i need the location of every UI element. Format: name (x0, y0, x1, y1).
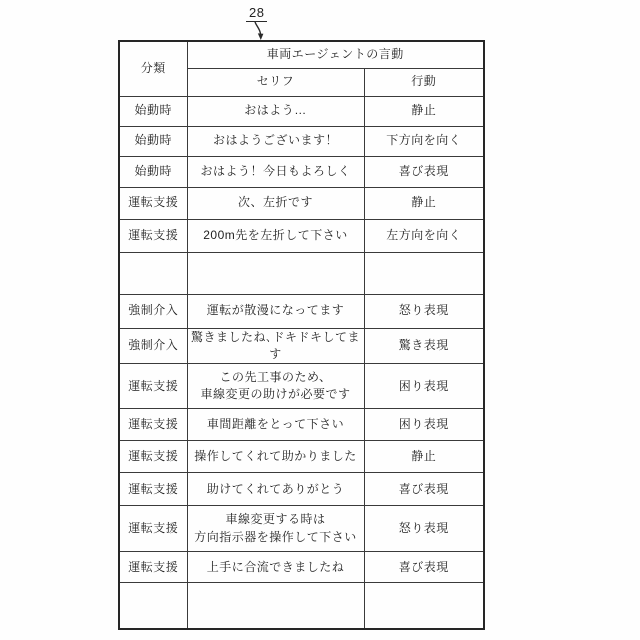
cell-serif: おはよう！今日もよろしく (187, 156, 364, 187)
cell-action: 下方向を向く (364, 126, 484, 156)
figure-number: 28 (246, 5, 267, 22)
cell-action: 左方向を向く (364, 219, 484, 252)
figure-number-label: 28 (246, 4, 267, 22)
table-row-empty (119, 252, 484, 294)
cell-action: 困り表現 (364, 409, 484, 441)
table-row: 運転支援 助けてくれてありがとう 喜び表現 (119, 473, 484, 506)
cell-serif: おはようございます！ (187, 126, 364, 156)
header-category: 分類 (119, 41, 187, 96)
cell-action: 困り表現 (364, 364, 484, 409)
table-row: 運転支援 上手に合流できましたね 喜び表現 (119, 552, 484, 583)
figure-pointer-arrow-icon (251, 21, 269, 41)
cell-category: 始動時 (119, 156, 187, 187)
cell-serif: 操作してくれて助かりました (187, 441, 364, 473)
cell-action: 怒り表現 (364, 294, 484, 328)
cell-category: 始動時 (119, 126, 187, 156)
cell-category: 強制介入 (119, 294, 187, 328)
header-action: 行動 (364, 68, 484, 96)
table-row: 運転支援 車間距離をとって下さい 困り表現 (119, 409, 484, 441)
cell-action: 静止 (364, 441, 484, 473)
cell-serif: 車間距離をとって下さい (187, 409, 364, 441)
table-row: 強制介入 驚きましたね､ドキドキしてます 驚き表現 (119, 328, 484, 364)
cell-action: 喜び表現 (364, 156, 484, 187)
cell-action: 静止 (364, 187, 484, 219)
cell-serif: おはよう… (187, 96, 364, 126)
cell-category: 運転支援 (119, 552, 187, 583)
cell-category: 運転支援 (119, 409, 187, 441)
table-row: 運転支援 車線変更する時は 方向指示器を操作して下さい 怒り表現 (119, 506, 484, 552)
empty-cell (119, 583, 187, 629)
empty-cell (187, 583, 364, 629)
cell-serif: 車線変更する時は 方向指示器を操作して下さい (187, 506, 364, 552)
cell-category: 運転支援 (119, 473, 187, 506)
table-row: 運転支援 この先工事のため、 車線変更の助けが必要です 困り表現 (119, 364, 484, 409)
cell-serif: この先工事のため、 車線変更の助けが必要です (187, 364, 364, 409)
table-row: 始動時 おはよう… 静止 (119, 96, 484, 126)
cell-category: 運転支援 (119, 187, 187, 219)
empty-cell (187, 252, 364, 294)
cell-serif: 上手に合流できましたね (187, 552, 364, 583)
table-row: 運転支援 操作してくれて助かりました 静止 (119, 441, 484, 473)
cell-action: 静止 (364, 96, 484, 126)
cell-category: 強制介入 (119, 328, 187, 364)
table-row-empty (119, 583, 484, 629)
agent-behavior-table: 分類 車両エージェントの言動 セリフ 行動 始動時 おはよう… 静止 始動時 お… (118, 40, 485, 630)
header-serif: セリフ (187, 68, 364, 96)
cell-serif: 運転が散漫になってます (187, 294, 364, 328)
empty-cell (364, 583, 484, 629)
cell-serif: 驚きましたね､ドキドキしてます (187, 328, 364, 364)
cell-serif: 次、左折です (187, 187, 364, 219)
header-table-title: 車両エージェントの言動 (187, 41, 484, 68)
table-row: 強制介入 運転が散漫になってます 怒り表現 (119, 294, 484, 328)
cell-category: 運転支援 (119, 441, 187, 473)
cell-action: 驚き表現 (364, 328, 484, 364)
cell-serif: 助けてくれてありがとう (187, 473, 364, 506)
cell-action: 怒り表現 (364, 506, 484, 552)
cell-category: 始動時 (119, 96, 187, 126)
cell-action: 喜び表現 (364, 473, 484, 506)
cell-category: 運転支援 (119, 219, 187, 252)
patent-figure-page: 28 分類 車両エージェントの言動 セリフ 行動 始動時 おはよう… 静止 (0, 0, 640, 640)
cell-serif: 200m先を左折して下さい (187, 219, 364, 252)
empty-cell (364, 252, 484, 294)
cell-action: 喜び表現 (364, 552, 484, 583)
table-row: 始動時 おはよう！今日もよろしく 喜び表現 (119, 156, 484, 187)
table-header-row-top: 分類 車両エージェントの言動 (119, 41, 484, 68)
table-row: 運転支援 次、左折です 静止 (119, 187, 484, 219)
empty-cell (119, 252, 187, 294)
table-row: 運転支援 200m先を左折して下さい 左方向を向く (119, 219, 484, 252)
cell-category: 運転支援 (119, 364, 187, 409)
table-row: 始動時 おはようございます！ 下方向を向く (119, 126, 484, 156)
cell-category: 運転支援 (119, 506, 187, 552)
